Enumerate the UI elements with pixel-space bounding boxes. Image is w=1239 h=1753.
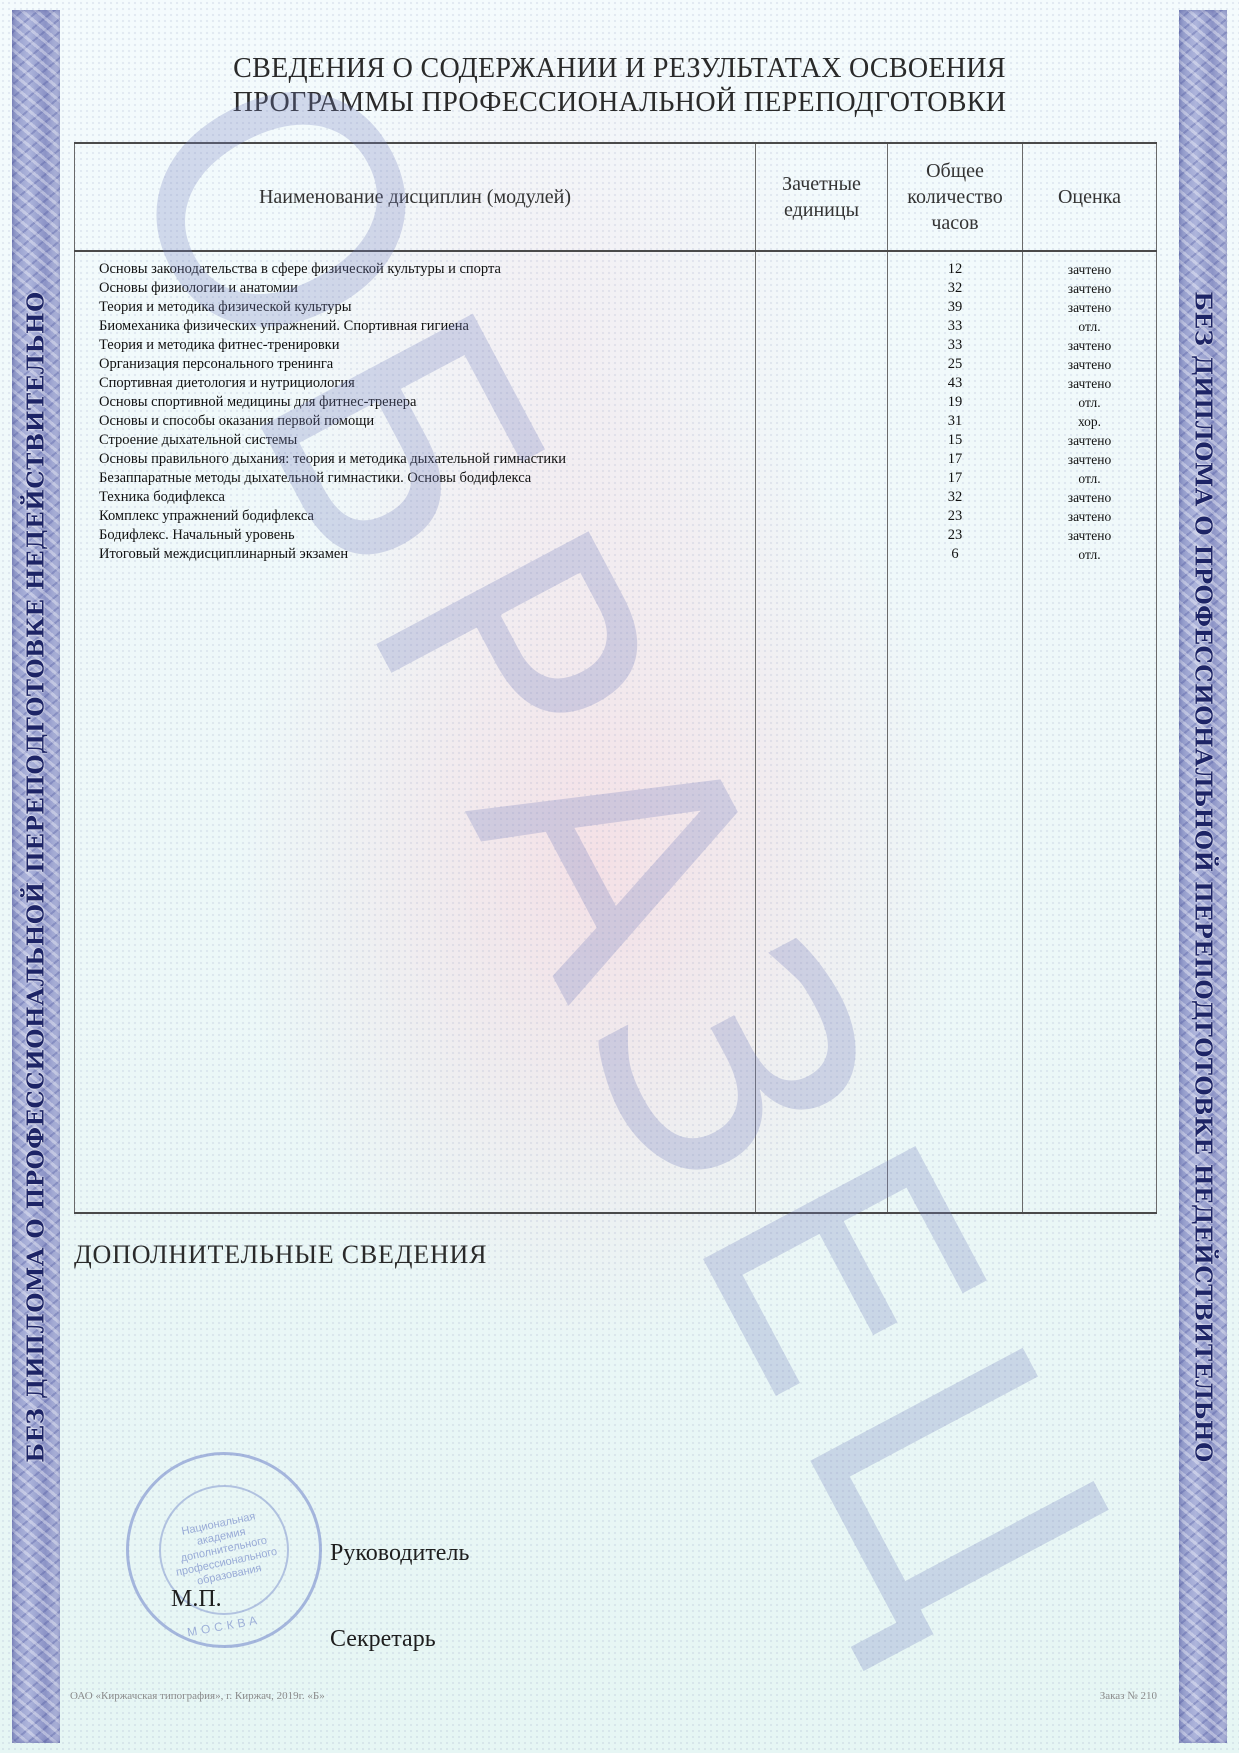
grades-column: зачтенозачтенозачтеноотл.зачтенозачтеноз…	[1023, 251, 1157, 1213]
left-border-security-text: БЕЗ ДИПЛОМА О ПРОФЕССИОНАЛЬНОЙ ПЕРЕПОДГО…	[23, 291, 50, 1462]
hours-value: 15	[888, 431, 1022, 450]
credit-units	[756, 412, 887, 431]
hours-value: 19	[888, 393, 1022, 412]
left-decorative-border: БЕЗ ДИПЛОМА О ПРОФЕССИОНАЛЬНОЙ ПЕРЕПОДГО…	[12, 10, 60, 1743]
discipline-name: Техника бодифлекса	[75, 488, 755, 507]
credit-units	[756, 374, 887, 393]
credit-units	[756, 355, 887, 374]
director-signature-label: Руководитель	[330, 1540, 469, 1567]
right-border-security-text: БЕЗ ДИПЛОМА О ПРОФЕССИОНАЛЬНОЙ ПЕРЕПОДГО…	[1190, 291, 1217, 1462]
credit-units	[756, 279, 887, 298]
credit-units	[756, 298, 887, 317]
right-decorative-border: БЕЗ ДИПЛОМА О ПРОФЕССИОНАЛЬНОЙ ПЕРЕПОДГО…	[1179, 10, 1227, 1743]
hours-value: 33	[888, 317, 1022, 336]
credit-units	[756, 507, 887, 526]
hours-value: 33	[888, 336, 1022, 355]
header-discipline-name: Наименование дисциплин (модулей)	[75, 143, 756, 251]
hours-value: 25	[888, 355, 1022, 374]
header-total-hours: Общее количество часов	[888, 143, 1023, 251]
grade-value: зачтено	[1023, 526, 1156, 545]
grade-value: хор.	[1023, 412, 1156, 431]
hours-value: 23	[888, 507, 1022, 526]
discipline-name: Основы физиологии и анатомии	[75, 279, 755, 298]
header-grade: Оценка	[1023, 143, 1157, 251]
discipline-name: Биомеханика физических упражнений. Спорт…	[75, 317, 755, 336]
grade-value: зачтено	[1023, 431, 1156, 450]
grade-value: зачтено	[1023, 507, 1156, 526]
credit-units	[756, 393, 887, 412]
credit-units	[756, 488, 887, 507]
discipline-names-column: Основы законодательства в сфере физическ…	[75, 251, 756, 1213]
discipline-name: Итоговый междисциплинарный экзамен	[75, 545, 755, 564]
credit-units	[756, 431, 887, 450]
credit-units	[756, 545, 887, 564]
hours-value: 17	[888, 469, 1022, 488]
discipline-name: Спортивная диетология и нутрициология	[75, 374, 755, 393]
order-number: Заказ № 210	[1100, 1690, 1157, 1702]
hours-value: 17	[888, 450, 1022, 469]
credit-units	[756, 526, 887, 545]
grade-value: отл.	[1023, 545, 1156, 564]
discipline-name: Основы правильного дыхания: теория и мет…	[75, 450, 755, 469]
discipline-name: Безаппаратные методы дыхательной гимнаст…	[75, 469, 755, 488]
hours-value: 6	[888, 545, 1022, 564]
credit-units	[756, 317, 887, 336]
document-title-line-1: СВЕДЕНИЯ О СОДЕРЖАНИИ И РЕЗУЛЬТАТАХ ОСВО…	[0, 52, 1239, 86]
table-body-row: Основы законодательства в сфере физическ…	[75, 251, 1157, 1213]
grade-value: отл.	[1023, 317, 1156, 336]
hours-value: 23	[888, 526, 1022, 545]
secretary-signature-label: Секретарь	[330, 1626, 436, 1653]
seal-center-text: Национальная академия дополнительного пр…	[163, 1507, 284, 1593]
document-title: СВЕДЕНИЯ О СОДЕРЖАНИИ И РЕЗУЛЬТАТАХ ОСВО…	[0, 52, 1239, 120]
credit-units	[756, 260, 887, 279]
credit-units	[756, 469, 887, 488]
discipline-name: Основы спортивной медицины для фитнес-тр…	[75, 393, 755, 412]
hours-value: 43	[888, 374, 1022, 393]
grade-value: зачтено	[1023, 488, 1156, 507]
discipline-name: Теория и методика фитнес-тренировки	[75, 336, 755, 355]
printer-info: ОАО «Киржачская типография», г. Киржач, …	[70, 1690, 325, 1702]
grade-value: зачтено	[1023, 450, 1156, 469]
disciplines-table: Наименование дисциплин (модулей) Зачетны…	[74, 142, 1157, 1214]
grade-value: зачтено	[1023, 260, 1156, 279]
discipline-name: Строение дыхательной системы	[75, 431, 755, 450]
credit-units	[756, 450, 887, 469]
credits-column	[756, 251, 888, 1213]
hours-value: 32	[888, 279, 1022, 298]
official-seal: Национальная академия дополнительного пр…	[126, 1452, 322, 1648]
seal-city-text: МОСКВА	[186, 1613, 262, 1640]
discipline-name: Теория и методика физической культуры	[75, 298, 755, 317]
grade-value: отл.	[1023, 469, 1156, 488]
document-title-line-2: ПРОГРАММЫ ПРОФЕССИОНАЛЬНОЙ ПЕРЕПОДГОТОВК…	[0, 86, 1239, 120]
hours-column: 1232393333254319311517173223236	[888, 251, 1023, 1213]
grade-value: зачтено	[1023, 336, 1156, 355]
hours-value: 39	[888, 298, 1022, 317]
grade-value: зачтено	[1023, 374, 1156, 393]
grade-value: отл.	[1023, 393, 1156, 412]
discipline-name: Бодифлекс. Начальный уровень	[75, 526, 755, 545]
grade-value: зачтено	[1023, 298, 1156, 317]
additional-info-heading: ДОПОЛНИТЕЛЬНЫЕ СВЕДЕНИЯ	[74, 1240, 487, 1270]
discipline-name: Основы законодательства в сфере физическ…	[75, 260, 755, 279]
header-credits: Зачетные единицы	[756, 143, 888, 251]
discipline-name: Основы и способы оказания первой помощи	[75, 412, 755, 431]
grade-value: зачтено	[1023, 355, 1156, 374]
discipline-name: Организация персонального тренинга	[75, 355, 755, 374]
seal-place-label: М.П.	[171, 1586, 222, 1613]
hours-value: 12	[888, 260, 1022, 279]
grade-value: зачтено	[1023, 279, 1156, 298]
hours-value: 31	[888, 412, 1022, 431]
credit-units	[756, 336, 887, 355]
discipline-name: Комплекс упражнений бодифлекса	[75, 507, 755, 526]
table-header-row: Наименование дисциплин (модулей) Зачетны…	[75, 143, 1157, 251]
hours-value: 32	[888, 488, 1022, 507]
